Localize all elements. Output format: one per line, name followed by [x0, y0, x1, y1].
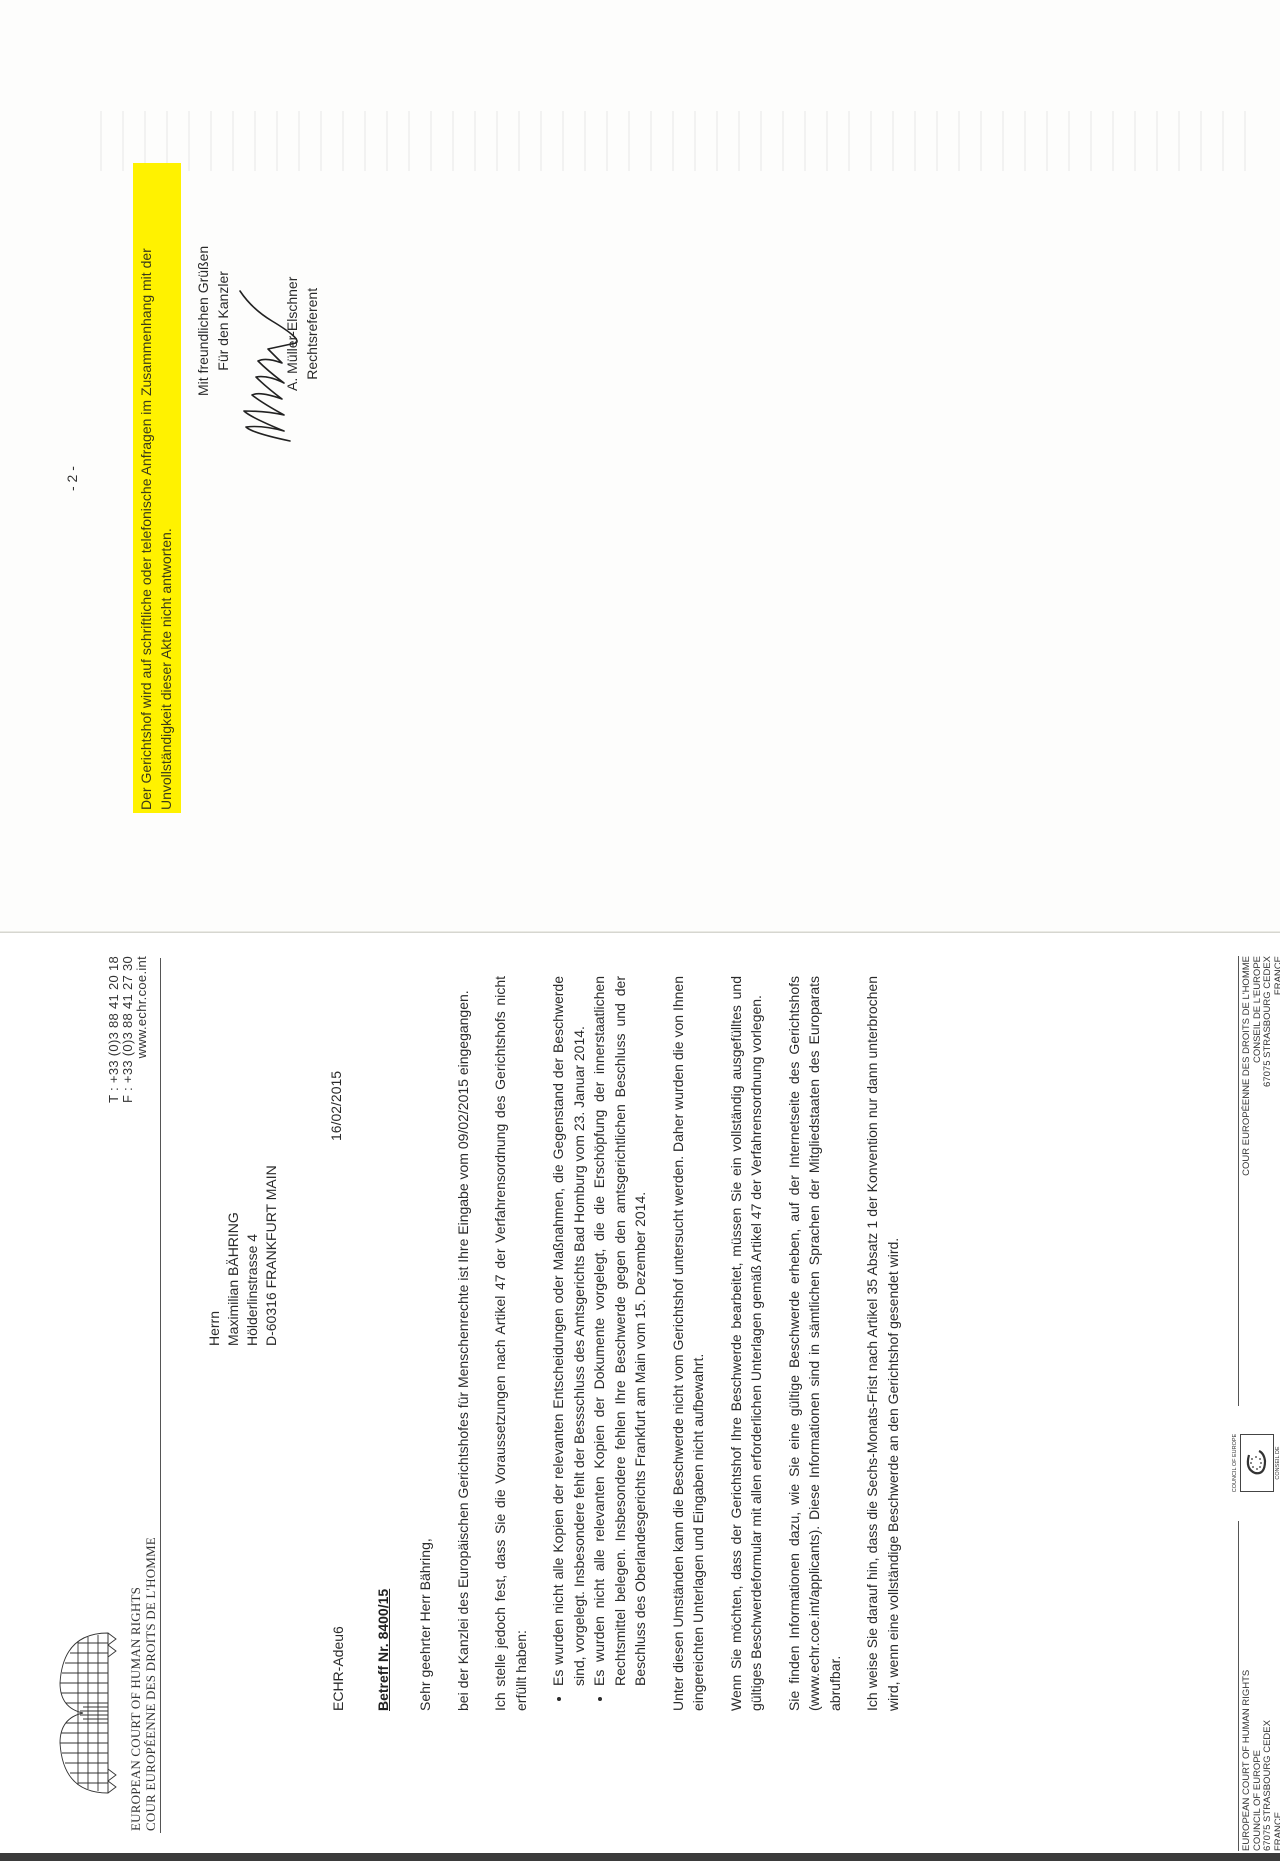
header-divider: [160, 958, 161, 1833]
court-building-icon: [38, 1613, 128, 1803]
footer-divider: [1238, 956, 1239, 1406]
footer-address-fr: COUR EUROPÉENNE DES DROITS DE L'HOMME CO…: [1242, 956, 1280, 1176]
page-number: - 2 -: [64, 466, 80, 491]
website-link[interactable]: www.echr.coe.int: [135, 956, 149, 1103]
on-behalf-line: Für den Kanzler: [213, 246, 233, 396]
recipient-city: D-60316 FRANKFURT MAIN: [262, 1165, 281, 1346]
subject-line: Betreff Nr. 8400/15: [375, 1589, 391, 1711]
recipient-address: Herrn Maximilian BÄHRING Hölderlinstrass…: [205, 1165, 281, 1346]
closing-phrase: Mit freundlichen Grüßen: [193, 246, 213, 396]
phone-number: T : +33 (0)3 88 41 20 18: [107, 956, 121, 1103]
signer-name: A. Müller-Elschner: [282, 277, 302, 391]
recipient-street: Hölderlinstrasse 4: [243, 1165, 262, 1346]
greeting: Sehr geehrter Herr Bähring,: [415, 976, 436, 1711]
paragraph: Ich stelle jedoch fest, dass Sie die Vor…: [490, 976, 531, 1711]
list-item: Es wurden nicht alle Kopien der relevant…: [548, 976, 589, 1686]
highlighted-notice: Der Gerichtshof wird auf schriftliche od…: [133, 163, 181, 813]
signer-block: A. Müller-Elschner Rechtsreferent: [282, 277, 322, 391]
council-of-europe-logo: COUNCIL OF EUROPE CONSEIL DE L'EUROPE: [1232, 1433, 1280, 1493]
bleed-through-text: [100, 111, 1250, 171]
recipient-salutation: Herrn: [205, 1165, 224, 1346]
council-of-europe-icon: [1240, 1434, 1274, 1492]
missing-documents-list: Es wurden nicht alle Kopien der relevant…: [548, 976, 651, 1711]
footer-address-en: EUROPEAN COURT OF HUMAN RIGHTS COUNCIL O…: [1242, 1670, 1280, 1851]
reference-code: ECHR-Adeu6: [330, 1626, 346, 1711]
paragraph: bei der Kanzlei des Europäischen Gericht…: [453, 976, 474, 1711]
fax-number: F : +33 (0)3 88 41 27 30: [121, 956, 135, 1103]
footer-divider: [1238, 1521, 1239, 1851]
list-item: Es wurden nicht alle relevanten Kopien d…: [589, 976, 651, 1686]
closing-block: Mit freundlichen Grüßen Für den Kanzler: [193, 246, 233, 396]
paragraph: Sie finden Informationen dazu, wie Sie e…: [784, 976, 846, 1711]
letter-page-2: - 2 - Mit freundlichen Grüßen Für den Ka…: [0, 0, 1280, 931]
scanned-letter: EUROPEAN COURT OF HUMAN RIGHTS COUR EURO…: [0, 0, 1280, 1861]
letter-date: 16/02/2015: [328, 1071, 344, 1141]
recipient-name: Maximilian BÄHRING: [224, 1165, 243, 1346]
paragraph: Wenn Sie möchten, dass der Gerichtshof I…: [726, 976, 767, 1711]
court-name: EUROPEAN COURT OF HUMAN RIGHTS COUR EURO…: [128, 1537, 158, 1831]
letter-page-1: EUROPEAN COURT OF HUMAN RIGHTS COUR EURO…: [0, 931, 1280, 1861]
contact-block: T : +33 (0)3 88 41 20 18 F : +33 (0)3 88…: [107, 956, 149, 1103]
signer-title: Rechtsreferent: [302, 277, 322, 391]
paragraph: Unter diesen Umständen kann die Beschwer…: [668, 976, 709, 1711]
scan-edge: [0, 1853, 1280, 1861]
court-name-en: EUROPEAN COURT OF HUMAN RIGHTS: [128, 1537, 143, 1831]
court-name-fr: COUR EUROPÉENNE DES DROITS DE L'HOMME: [143, 1537, 158, 1831]
paragraph: Ich weise Sie darauf hin, dass die Sechs…: [862, 976, 903, 1711]
letter-body: Sehr geehrter Herr Bähring, bei der Kanz…: [415, 976, 920, 1711]
